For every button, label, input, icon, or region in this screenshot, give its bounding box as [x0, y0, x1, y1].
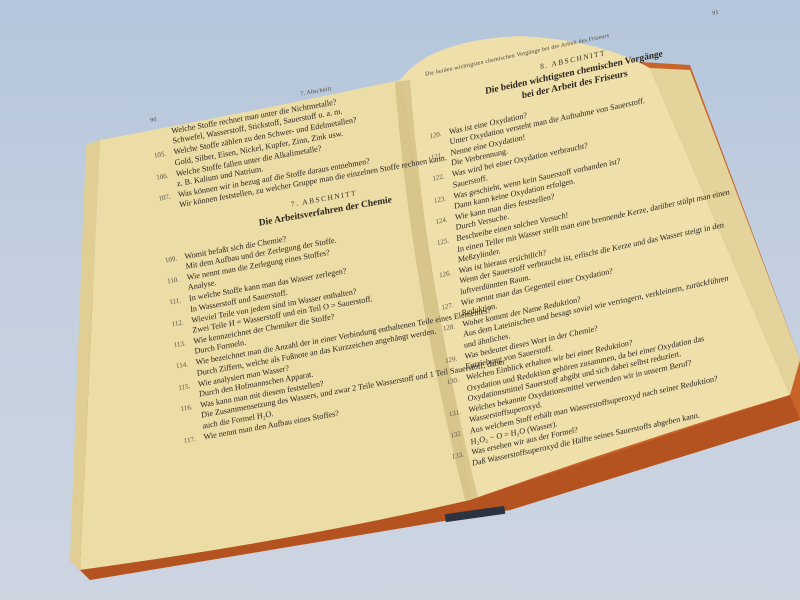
left-page-number: 90	[150, 117, 157, 124]
right-page-number: 91	[712, 10, 719, 17]
right-questions: 120.Was ist eine Oxydation?Unter Oxydati…	[429, 69, 746, 473]
right-page: Die beiden wichtigsten chemischen Vorgän…	[425, 10, 748, 495]
photo-scene: 90 7. Abschnitt Welche Stoffe rechnet ma…	[0, 0, 800, 600]
